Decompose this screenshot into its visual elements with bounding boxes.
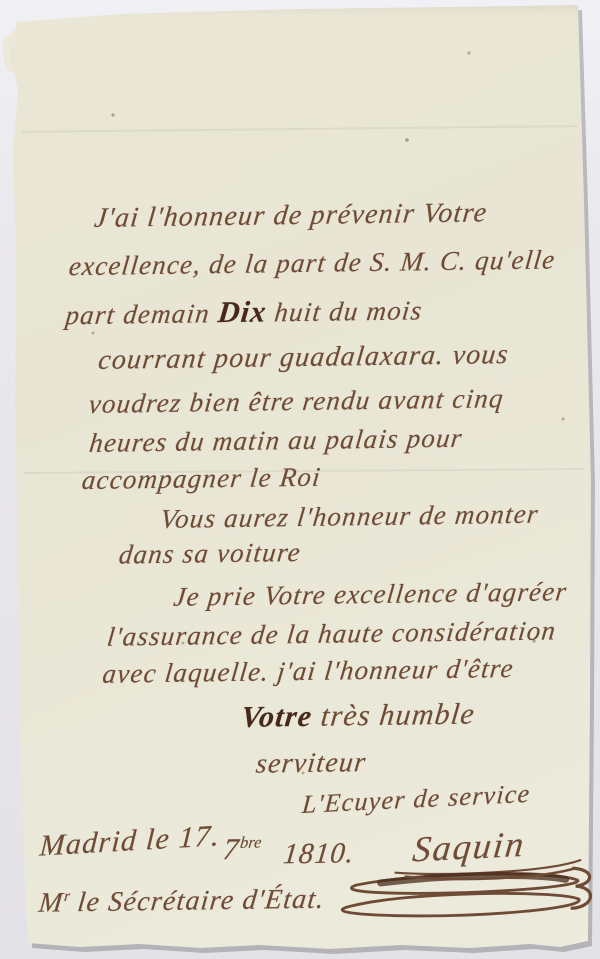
addressee-line: Mr le Sécrétaire d'État. [37,884,326,920]
paper-specks [0,0,2,2]
letter-line: accompagner le Roi [80,462,322,496]
emphasized-word: Votre [240,700,315,734]
closing-line: serviteur [254,747,368,781]
letter-line: J'ai l'honneur de prévenir Votre [93,197,489,235]
letter-line: avec laquelle. j'ai l'honneur d'être [101,653,516,690]
addressee-initial: M [37,887,65,918]
letter-line-segment: huit du mois [265,295,424,327]
month-suffix: bre [239,833,262,852]
letter-line: heures du matin au palais pour [88,423,465,459]
handwriting-layer: J'ai l'honneur de prévenir Votre excelle… [0,0,600,959]
letter-line: voudrez bien être rendu avant cinq [87,383,505,420]
closing-line: Votre très humble [239,698,476,735]
letter-line: courrant pour guadalaxara. vous [97,339,511,377]
photo-background: J'ai l'honneur de prévenir Votre excelle… [0,0,600,959]
dateline-place: Madrid le 17. [39,819,222,863]
letter-line: dans sa voiture [117,537,302,571]
letter-line-segment: part demain [64,298,220,330]
letter-line: Vous aurez l'honneur de monter [159,499,541,535]
closing-title-line: L'Ecuyer de service [301,779,532,820]
emphasized-word: Dix [216,295,268,329]
letter-line-segment: très humble [311,698,477,733]
letter-line: Je prie Votre excellence d'agréer [172,576,569,613]
dateline-month: 7bre [221,833,262,868]
addressee-rest: le Sécrétaire d'État. [68,884,327,919]
letter-line: l'assurance de la haute considération [105,615,557,652]
letter-line: part demain Dix huit du mois [64,293,425,332]
signature-underline-swash [400,864,580,887]
letter-line: excellence, de la part de S. M. C. qu'el… [67,244,557,282]
